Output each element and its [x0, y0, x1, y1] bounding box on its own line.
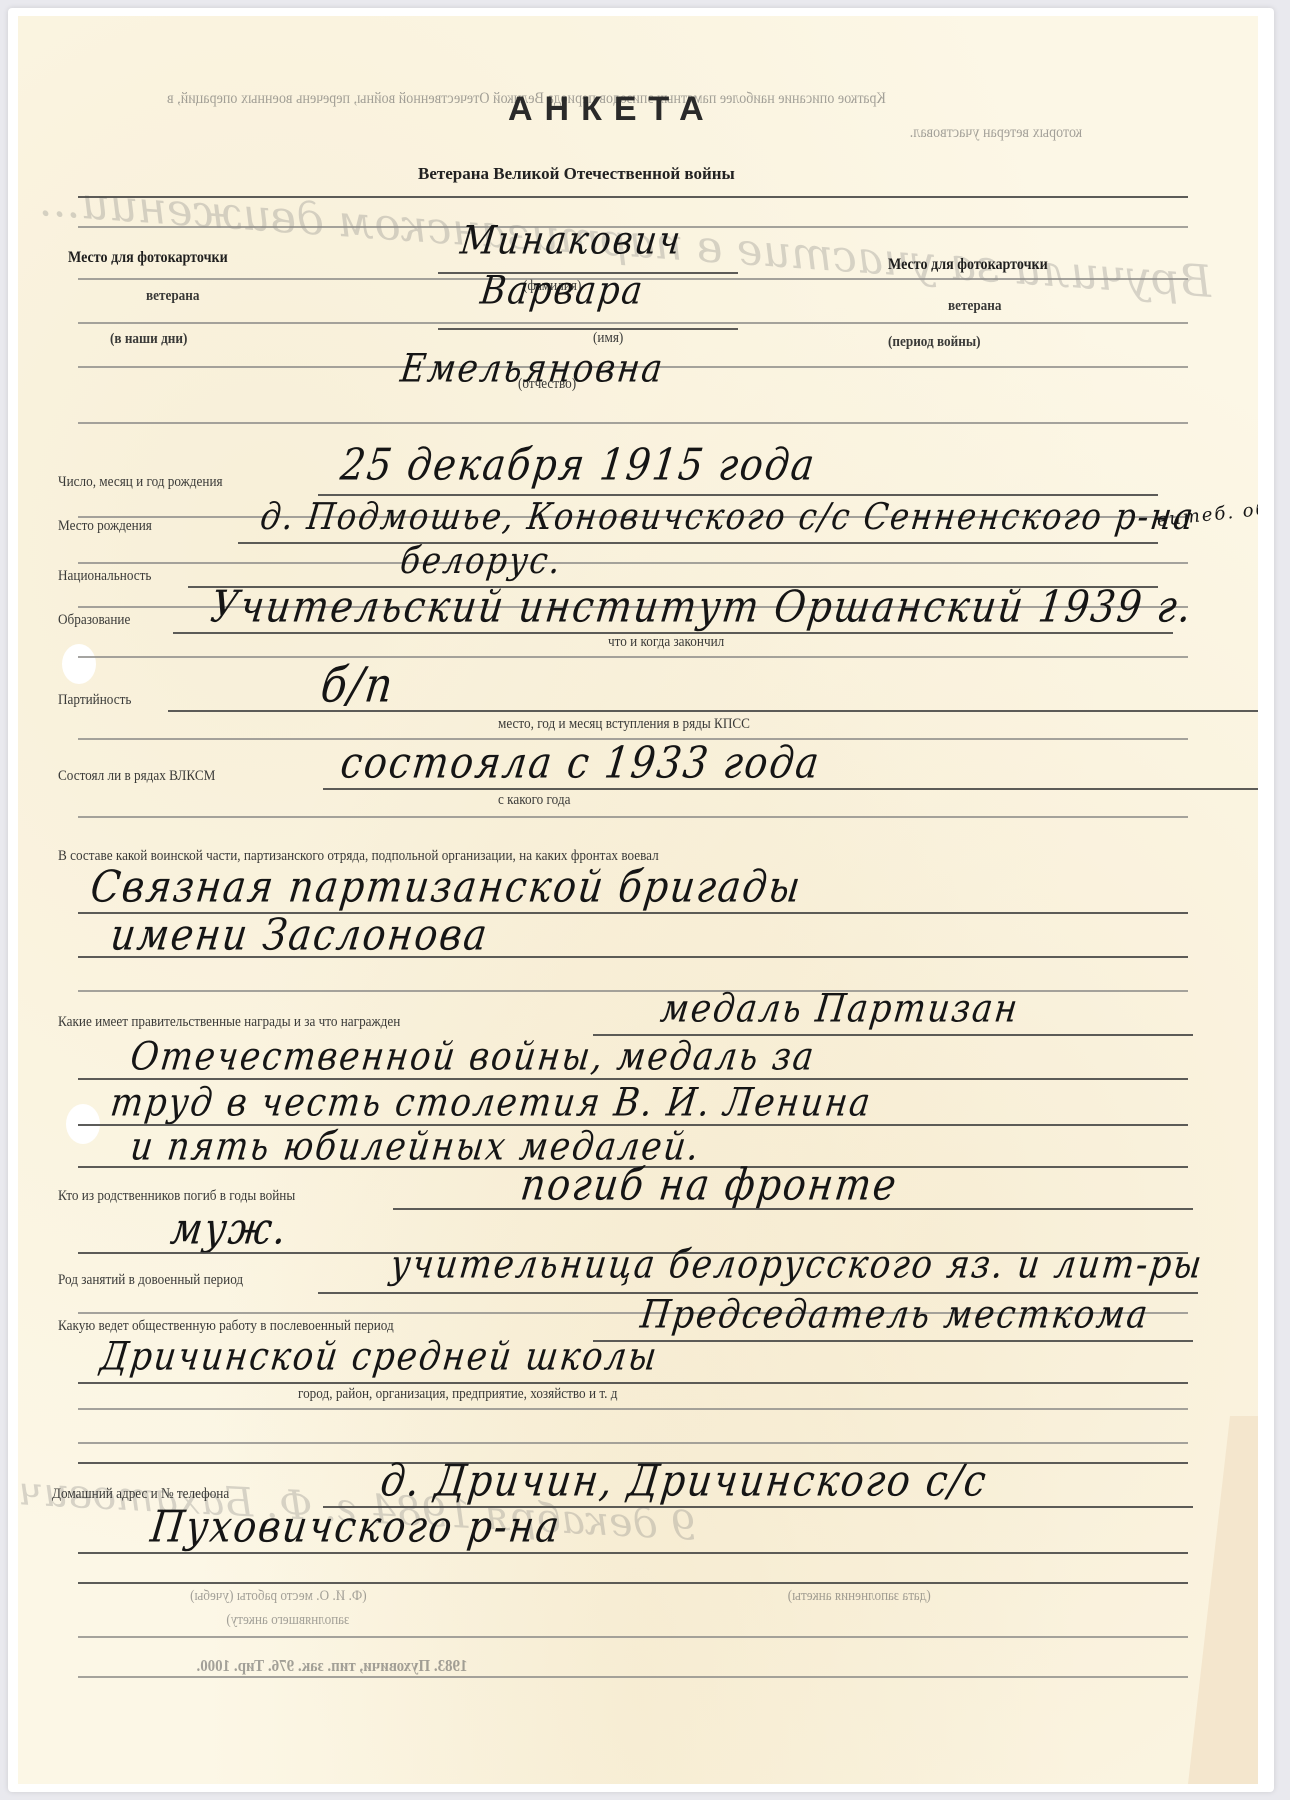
patronymic-caption: (отчество): [518, 376, 576, 393]
awards-line[interactable]: труд в честь столетия В. И. Ленина: [108, 1080, 874, 1126]
rule-line: [78, 1636, 1188, 1638]
bleed-through-caption: заполнявшего анкету): [226, 1612, 349, 1629]
rule-line: [78, 1582, 1188, 1584]
rule-line: [78, 1408, 1188, 1410]
military-unit-line[interactable]: Связная партизанской бригады: [88, 861, 805, 912]
postwar-work-line[interactable]: Дричинской средней школы: [98, 1334, 661, 1380]
rule-line: [78, 196, 1188, 198]
party-caption: место, год и месяц вступления в ряды КПС…: [498, 716, 750, 733]
bleed-through-caption: (дата заполнения анкеты): [788, 1588, 931, 1605]
rule-line: [78, 656, 1188, 658]
birth-place-label: Место рождения: [58, 518, 152, 535]
prewar-occupation-label: Род занятий в довоенный период: [58, 1272, 243, 1289]
birth-date-label: Число, месяц и год рождения: [58, 474, 223, 491]
relatives-line[interactable]: муж.: [168, 1203, 291, 1254]
birth-place-value[interactable]: д. Подмошье, Коновичского с/с Сенненског…: [258, 494, 1197, 538]
field-underline: [168, 710, 1258, 712]
form-subtitle: Ветерана Великой Отечественной войны: [418, 164, 735, 184]
form-title: АНКЕТА: [508, 90, 716, 129]
rule-line: [78, 562, 1188, 564]
party-value[interactable]: б/п: [318, 657, 398, 713]
rule-line: [78, 422, 1188, 424]
awards-line[interactable]: медаль Партизан: [658, 986, 1022, 1032]
rule-line: [78, 1676, 1188, 1678]
komsomol-caption: с какого года: [498, 792, 570, 809]
education-caption: что и когда закончил: [608, 634, 724, 651]
rule-line: [78, 1552, 1188, 1554]
bleed-through-caption: (Ф. И. О. место работы (учебы): [190, 1588, 367, 1605]
first-name-caption: (имя): [593, 330, 623, 347]
photo-left-label: Место для фотокарточки: [68, 249, 228, 267]
paper-edge-shadow: [1188, 1416, 1258, 1784]
nationality-value[interactable]: белорус.: [398, 538, 565, 582]
rule-line: [593, 1340, 1193, 1342]
rule-line: [393, 1208, 1193, 1210]
rule-line: [78, 1382, 1188, 1384]
awards-label: Какие имеет правительственные награды и …: [58, 1014, 400, 1031]
military-unit-line[interactable]: имени Заслонова: [108, 909, 492, 960]
awards-line[interactable]: Отечественной войны, медаль за: [128, 1034, 818, 1080]
field-underline: [323, 788, 1258, 790]
punch-hole: [62, 644, 96, 684]
postwar-work-label: Какую ведет общественную работу в послев…: [58, 1318, 394, 1335]
address-line[interactable]: д. Дричин, Дричинского с/с: [378, 1455, 991, 1506]
field-underline: [238, 542, 1158, 544]
education-value[interactable]: Учительский институт Оршанский 1939 г.: [208, 581, 1196, 632]
photo-right-label: Место для фотокарточки: [888, 256, 1048, 274]
education-label: Образование: [58, 612, 130, 629]
bleed-through-text: которых ветеран участвовал.: [910, 124, 1082, 142]
photo-left-caption: (в наши дни): [110, 331, 187, 348]
photo-right-caption: (период войны): [888, 334, 981, 351]
first-name-value[interactable]: Варвара: [478, 268, 647, 314]
address-line[interactable]: Пуховичского р-на: [148, 1501, 564, 1552]
rule-line: [78, 990, 1188, 992]
rule-line: [78, 956, 1188, 958]
komsomol-value[interactable]: состояла с 1933 года: [338, 737, 824, 788]
postwar-work-line[interactable]: Председатель месткома: [638, 1292, 1152, 1338]
photo-left-label: ветерана: [146, 288, 199, 305]
surname-value[interactable]: Минакович: [458, 218, 685, 264]
photo-right-label: ветерана: [948, 298, 1001, 315]
bleed-through-imprint: 1983. Пуховичи, тип. зак. 976. Тир. 1000…: [196, 1656, 467, 1676]
komsomol-label: Состоял ли в рядах ВЛКСМ: [58, 768, 215, 785]
rule-line: [78, 816, 1188, 818]
prewar-occupation-value[interactable]: учительница белорусского яз. и лит-ры: [388, 1242, 1206, 1288]
questionnaire-page: Краткое описание наиболее памятных эпизо…: [18, 16, 1258, 1784]
rule-line: [78, 322, 1188, 324]
nationality-label: Национальность: [58, 568, 151, 585]
relatives-line[interactable]: погиб на фронте: [518, 1159, 901, 1210]
rule-line: [78, 1442, 1188, 1444]
party-label: Партийность: [58, 692, 131, 709]
birth-date-value[interactable]: 25 декабря 1915 года: [338, 439, 819, 490]
first-name-underline: [438, 328, 738, 330]
postwar-work-caption: город, район, организация, предприятие, …: [298, 1386, 617, 1403]
